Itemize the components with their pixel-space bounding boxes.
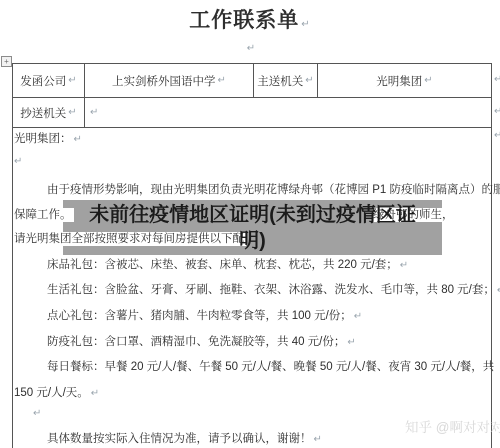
closing-text: 具体数量按实际入住情况为准，请予以确认，谢谢！ xyxy=(47,433,312,445)
paragraph-mark-icon: ↵ xyxy=(14,156,22,167)
cell-recipient-value[interactable]: 光明集团↵ xyxy=(317,63,492,98)
list-item-meals[interactable]: 每日餐标：早餐 20 元/人/餐、午餐 50 元/人/餐、晚餐 50 元/人/餐… xyxy=(47,358,494,374)
paragraph-mark-icon: ↵ xyxy=(218,75,226,86)
closing-line[interactable]: 具体数量按实际入住情况为准，请予以确认，谢谢！↵ xyxy=(47,430,322,446)
recipient-value: 光明集团 xyxy=(376,73,422,89)
document-title: 工作联系单↵ xyxy=(0,4,500,34)
list-item-text: 每日餐标：早餐 20 元/人/餐、午餐 50 元/人/餐、晚餐 50 元/人/餐… xyxy=(47,361,494,373)
list-item-text: 生活礼包：含脸盆、牙膏、牙刷、拖鞋、衣架、沐浴露、洗发水、毛巾等，共 80 元/… xyxy=(47,284,495,296)
paragraph-mark-icon: ↵ xyxy=(314,434,322,445)
overlay-caption-line2: 明) xyxy=(63,224,442,253)
paragraph-text: 由于疫情形势影响，现由光明集团负责光明花博绿舟邨（花博园 P1 防疫临时隔离点）… xyxy=(47,184,500,196)
cell-recipient-label[interactable]: 主送机关↵ xyxy=(253,63,318,98)
paragraph-mark-icon: ↵ xyxy=(33,408,41,419)
paragraph-mark-icon: ↵ xyxy=(301,19,310,30)
paragraph-mark-icon: ↵ xyxy=(247,43,255,54)
list-item-text: 点心礼包：含薯片、猪肉脯、牛肉粒零食等，共 100 元/份； xyxy=(47,310,352,322)
salutation-line[interactable]: 光明集团：↵ xyxy=(14,130,82,146)
list-item-epidemic-prevention[interactable]: 防疫礼包：含口罩、酒精湿巾、免洗凝胶等，共 40 元/份；↵ xyxy=(47,333,356,349)
empty-paragraph: ↵ xyxy=(0,38,500,56)
list-item-text: 150 元/人/天。 xyxy=(14,387,89,399)
end-of-row-mark-icon: ↵ xyxy=(494,74,500,85)
table-move-handle-icon[interactable]: + xyxy=(1,56,12,67)
list-item-bedding[interactable]: 床品礼包：含被芯、床垫、被套、床单、枕套、枕芯，共 220 元/套；↵ xyxy=(47,256,408,272)
cell-cc-value[interactable]: ↵ xyxy=(84,97,492,128)
paragraph-mark-icon: ↵ xyxy=(74,134,82,145)
paragraph-mark-icon: ↵ xyxy=(68,107,76,118)
list-item-daily-life[interactable]: 生活礼包：含脸盆、牙膏、牙刷、拖鞋、衣架、沐浴露、洗发水、毛巾等，共 80 元/… xyxy=(47,281,500,297)
paragraph-mark-icon: ↵ xyxy=(91,388,99,399)
list-item-meals-continued[interactable]: 150 元/人/天。↵ xyxy=(14,384,99,400)
paragraph-mark-icon: ↵ xyxy=(424,75,432,86)
paragraph-mark-icon: ↵ xyxy=(354,311,362,322)
list-item-snacks[interactable]: 点心礼包：含薯片、猪肉脯、牛肉粒零食等，共 100 元/份；↵ xyxy=(47,307,362,323)
zhihu-watermark: 知乎 @啊对对对 xyxy=(405,416,500,436)
paragraph-mark-icon: ↵ xyxy=(68,75,76,86)
paragraph-line[interactable]: 由于疫情形势影响，现由光明集团负责光明花博绿舟邨（花博园 P1 防疫临时隔离点）… xyxy=(47,181,500,197)
list-item-text: 床品礼包：含被芯、床垫、被套、床单、枕套、枕芯，共 220 元/套； xyxy=(47,259,398,271)
cc-label: 抄送机关 xyxy=(20,105,66,121)
paragraph-mark-icon: ↵ xyxy=(347,337,355,348)
paragraph-mark-icon: ↵ xyxy=(305,75,313,86)
document-title-text: 工作联系单 xyxy=(189,9,299,32)
cell-sender-value[interactable]: 上实剑桥外国语中学↵ xyxy=(84,63,254,98)
paragraph-mark-icon: ↵ xyxy=(400,260,408,271)
cell-sender-label[interactable]: 发函公司↵ xyxy=(12,63,85,98)
list-item-text: 防疫礼包：含口罩、酒精湿巾、免洗凝胶等，共 40 元/份； xyxy=(47,336,345,348)
sender-value: 上实剑桥外国语中学 xyxy=(112,73,216,89)
salutation-text: 光明集团： xyxy=(14,133,72,145)
paragraph-mark-icon: ↵ xyxy=(90,107,98,118)
end-of-row-mark-icon: ↵ xyxy=(494,130,500,141)
recipient-label: 主送机关 xyxy=(257,73,303,89)
overlay-caption-line1: 未前往疫情地区证明(未到过疫情区证 xyxy=(63,198,442,227)
end-of-row-mark-icon: ↵ xyxy=(494,106,500,117)
cell-cc-label[interactable]: 抄送机关↵ xyxy=(12,97,85,128)
sender-label: 发函公司 xyxy=(20,73,66,89)
